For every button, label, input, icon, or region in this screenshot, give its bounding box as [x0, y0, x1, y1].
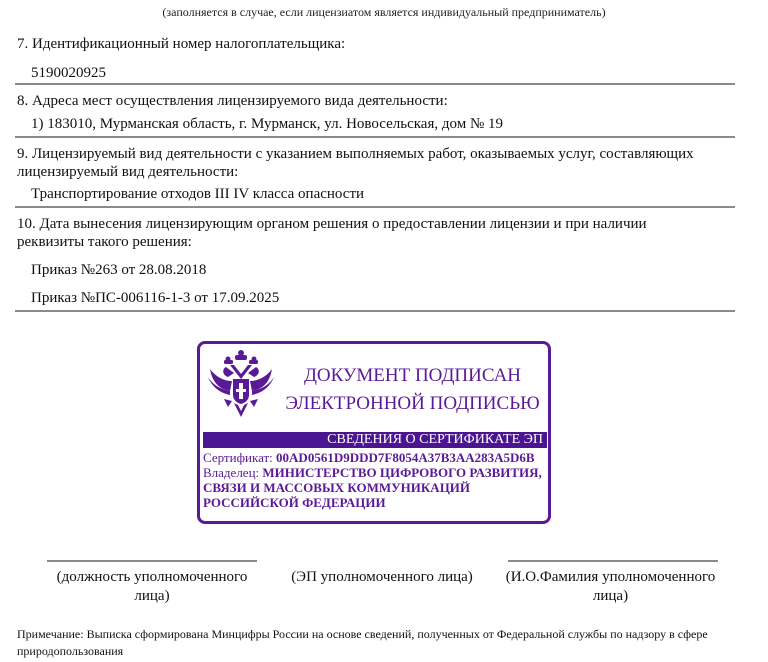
name-caption: (И.О.Фамилия уполномоченного лица) [498, 568, 723, 606]
inn-value: 5190020925 [31, 64, 106, 82]
stamp-title-line-2: ЭЛЕКТРОННОЙ ПОДПИСЬЮ [280, 390, 545, 418]
owner-line: Владелец: МИНИСТЕРСТВО ЦИФРОВОГО РАЗВИТИ… [203, 465, 551, 510]
name-signature-line [508, 560, 718, 562]
certificate-value: 00AD0561D9DDD7F8054A37B3AA283A5D6B [276, 450, 535, 465]
certificate-label: Сертификат: [203, 450, 273, 465]
activity-value: Транспортирование отходов III IV класса … [31, 185, 364, 203]
divider [15, 310, 735, 312]
divider [15, 136, 735, 138]
stamp-title-line-1: ДОКУМЕНТ ПОДПИСАН [280, 362, 545, 390]
order-value-2: Приказ №ПС-006116-1-3 от 17.09.2025 [31, 289, 279, 307]
order-value-1: Приказ №263 от 28.08.2018 [31, 261, 206, 279]
section-9-label: 9. Лицензируемый вид деятельности с указ… [17, 145, 742, 181]
footer-note: Примечание: Выписка сформирована Минцифр… [17, 626, 747, 660]
divider [15, 206, 735, 208]
certificate-info: Сертификат: 00AD0561D9DDD7F8054A37B3AA28… [203, 450, 551, 510]
address-value: 1) 183010, Мурманская область, г. Мурман… [31, 115, 503, 133]
electronic-signature-stamp: ДОКУМЕНТ ПОДПИСАН ЭЛЕКТРОННОЙ ПОДПИСЬЮ С… [197, 341, 551, 524]
position-caption: (должность уполномоченного лица) [38, 568, 266, 606]
signature-caption: (ЭП уполномоченного лица) [272, 568, 492, 587]
owner-label: Владелец: [203, 465, 259, 480]
section-7-label: 7. Идентификационный номер налогоплатель… [17, 35, 737, 53]
divider [15, 83, 735, 85]
certificate-line: Сертификат: 00AD0561D9DDD7F8054A37B3AA28… [203, 450, 551, 465]
certificate-info-band: СВЕДЕНИЯ О СЕРТИФИКАТЕ ЭП [203, 432, 547, 448]
russian-coat-of-arms-icon [206, 347, 276, 419]
individual-entrepreneur-caption: (заполняется в случае, если лицензиатом … [0, 5, 768, 20]
section-8-label: 8. Адреса мест осуществления лицензируем… [17, 92, 737, 110]
section-10-label: 10. Дата вынесения лицензирующим органом… [17, 215, 717, 251]
position-signature-line [47, 560, 257, 562]
stamp-title: ДОКУМЕНТ ПОДПИСАН ЭЛЕКТРОННОЙ ПОДПИСЬЮ [280, 362, 545, 418]
